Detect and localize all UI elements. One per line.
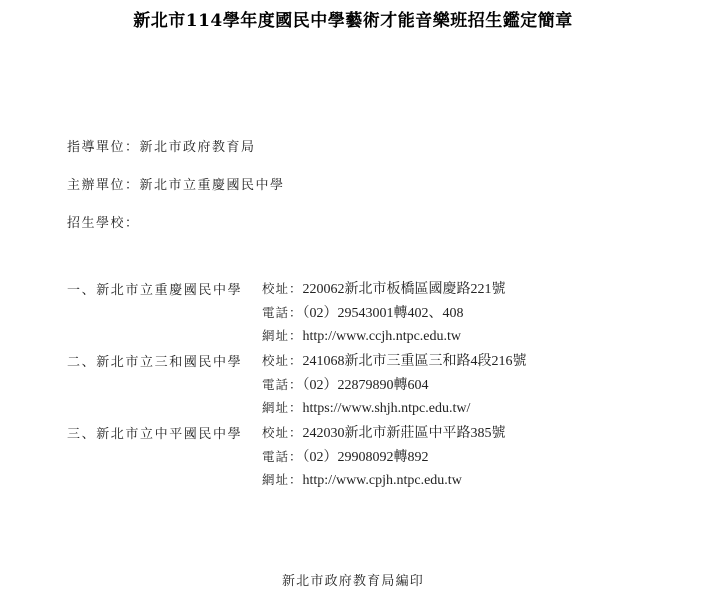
phone-label: 電話：: [262, 377, 303, 392]
address-label: 校址：: [262, 353, 303, 368]
label-separator: ：: [125, 216, 140, 231]
address-value: 242030新北市新莊區中平路385號: [303, 426, 506, 441]
school-address: 校址：241068新北市三重區三和路4段216號: [262, 350, 527, 370]
organizing-unit-value: 新北市立重慶國民中學: [140, 178, 285, 193]
address-value: 220062新北市板橋區國慶路221號: [303, 282, 506, 297]
label-separator: ：: [125, 178, 140, 193]
phone-value: （02）29908092轉892: [303, 450, 429, 465]
organizing-unit: 主辦單位：新北市立重慶國民中學: [67, 174, 285, 193]
document-title: 新北市114學年度國民中學藝術才能音樂班招生鑑定簡章: [0, 6, 706, 31]
school-website: 網址：http://www.cpjh.ntpc.edu.tw: [262, 470, 462, 489]
school-name: 三、新北市立中平國民中學: [67, 423, 242, 442]
school-name: 一、新北市立重慶國民中學: [67, 279, 242, 298]
school-phone: 電話：（02）29908092轉892: [262, 446, 429, 466]
phone-label: 電話：: [262, 305, 303, 320]
address-value: 241068新北市三重區三和路4段216號: [303, 354, 527, 369]
school-website: 網址：https://www.shjh.ntpc.edu.tw/: [262, 398, 470, 417]
website-link[interactable]: http://www.cpjh.ntpc.edu.tw: [303, 473, 462, 488]
phone-value: （02）22879890轉604: [303, 378, 429, 393]
address-label: 校址：: [262, 425, 303, 440]
website-link[interactable]: https://www.shjh.ntpc.edu.tw/: [303, 401, 471, 416]
schools-heading: 招生學校：: [67, 212, 140, 231]
website-label: 網址：: [262, 328, 303, 343]
school-name: 二、新北市立三和國民中學: [67, 351, 242, 370]
website-label: 網址：: [262, 400, 303, 415]
school-website: 網址：http://www.ccjh.ntpc.edu.tw: [262, 326, 461, 345]
school-phone: 電話：（02）29543001轉402、408: [262, 302, 464, 322]
website-label: 網址：: [262, 472, 303, 487]
school-address: 校址：220062新北市板橋區國慶路221號: [262, 278, 506, 298]
school-phone: 電話：（02）22879890轉604: [262, 374, 429, 394]
supervising-unit-value: 新北市政府教育局: [140, 140, 256, 155]
phone-label: 電話：: [262, 449, 303, 464]
label-separator: ：: [125, 140, 140, 155]
address-label: 校址：: [262, 281, 303, 296]
website-link[interactable]: http://www.ccjh.ntpc.edu.tw: [303, 329, 462, 344]
school-address: 校址：242030新北市新莊區中平路385號: [262, 422, 506, 442]
supervising-unit-label: 指導單位: [67, 140, 125, 155]
supervising-unit: 指導單位：新北市政府教育局: [67, 136, 256, 155]
organizing-unit-label: 主辦單位: [67, 178, 125, 193]
phone-value: （02）29543001轉402、408: [303, 306, 464, 321]
schools-heading-label: 招生學校: [67, 216, 125, 231]
document-footer: 新北市政府教育局編印: [0, 570, 706, 589]
